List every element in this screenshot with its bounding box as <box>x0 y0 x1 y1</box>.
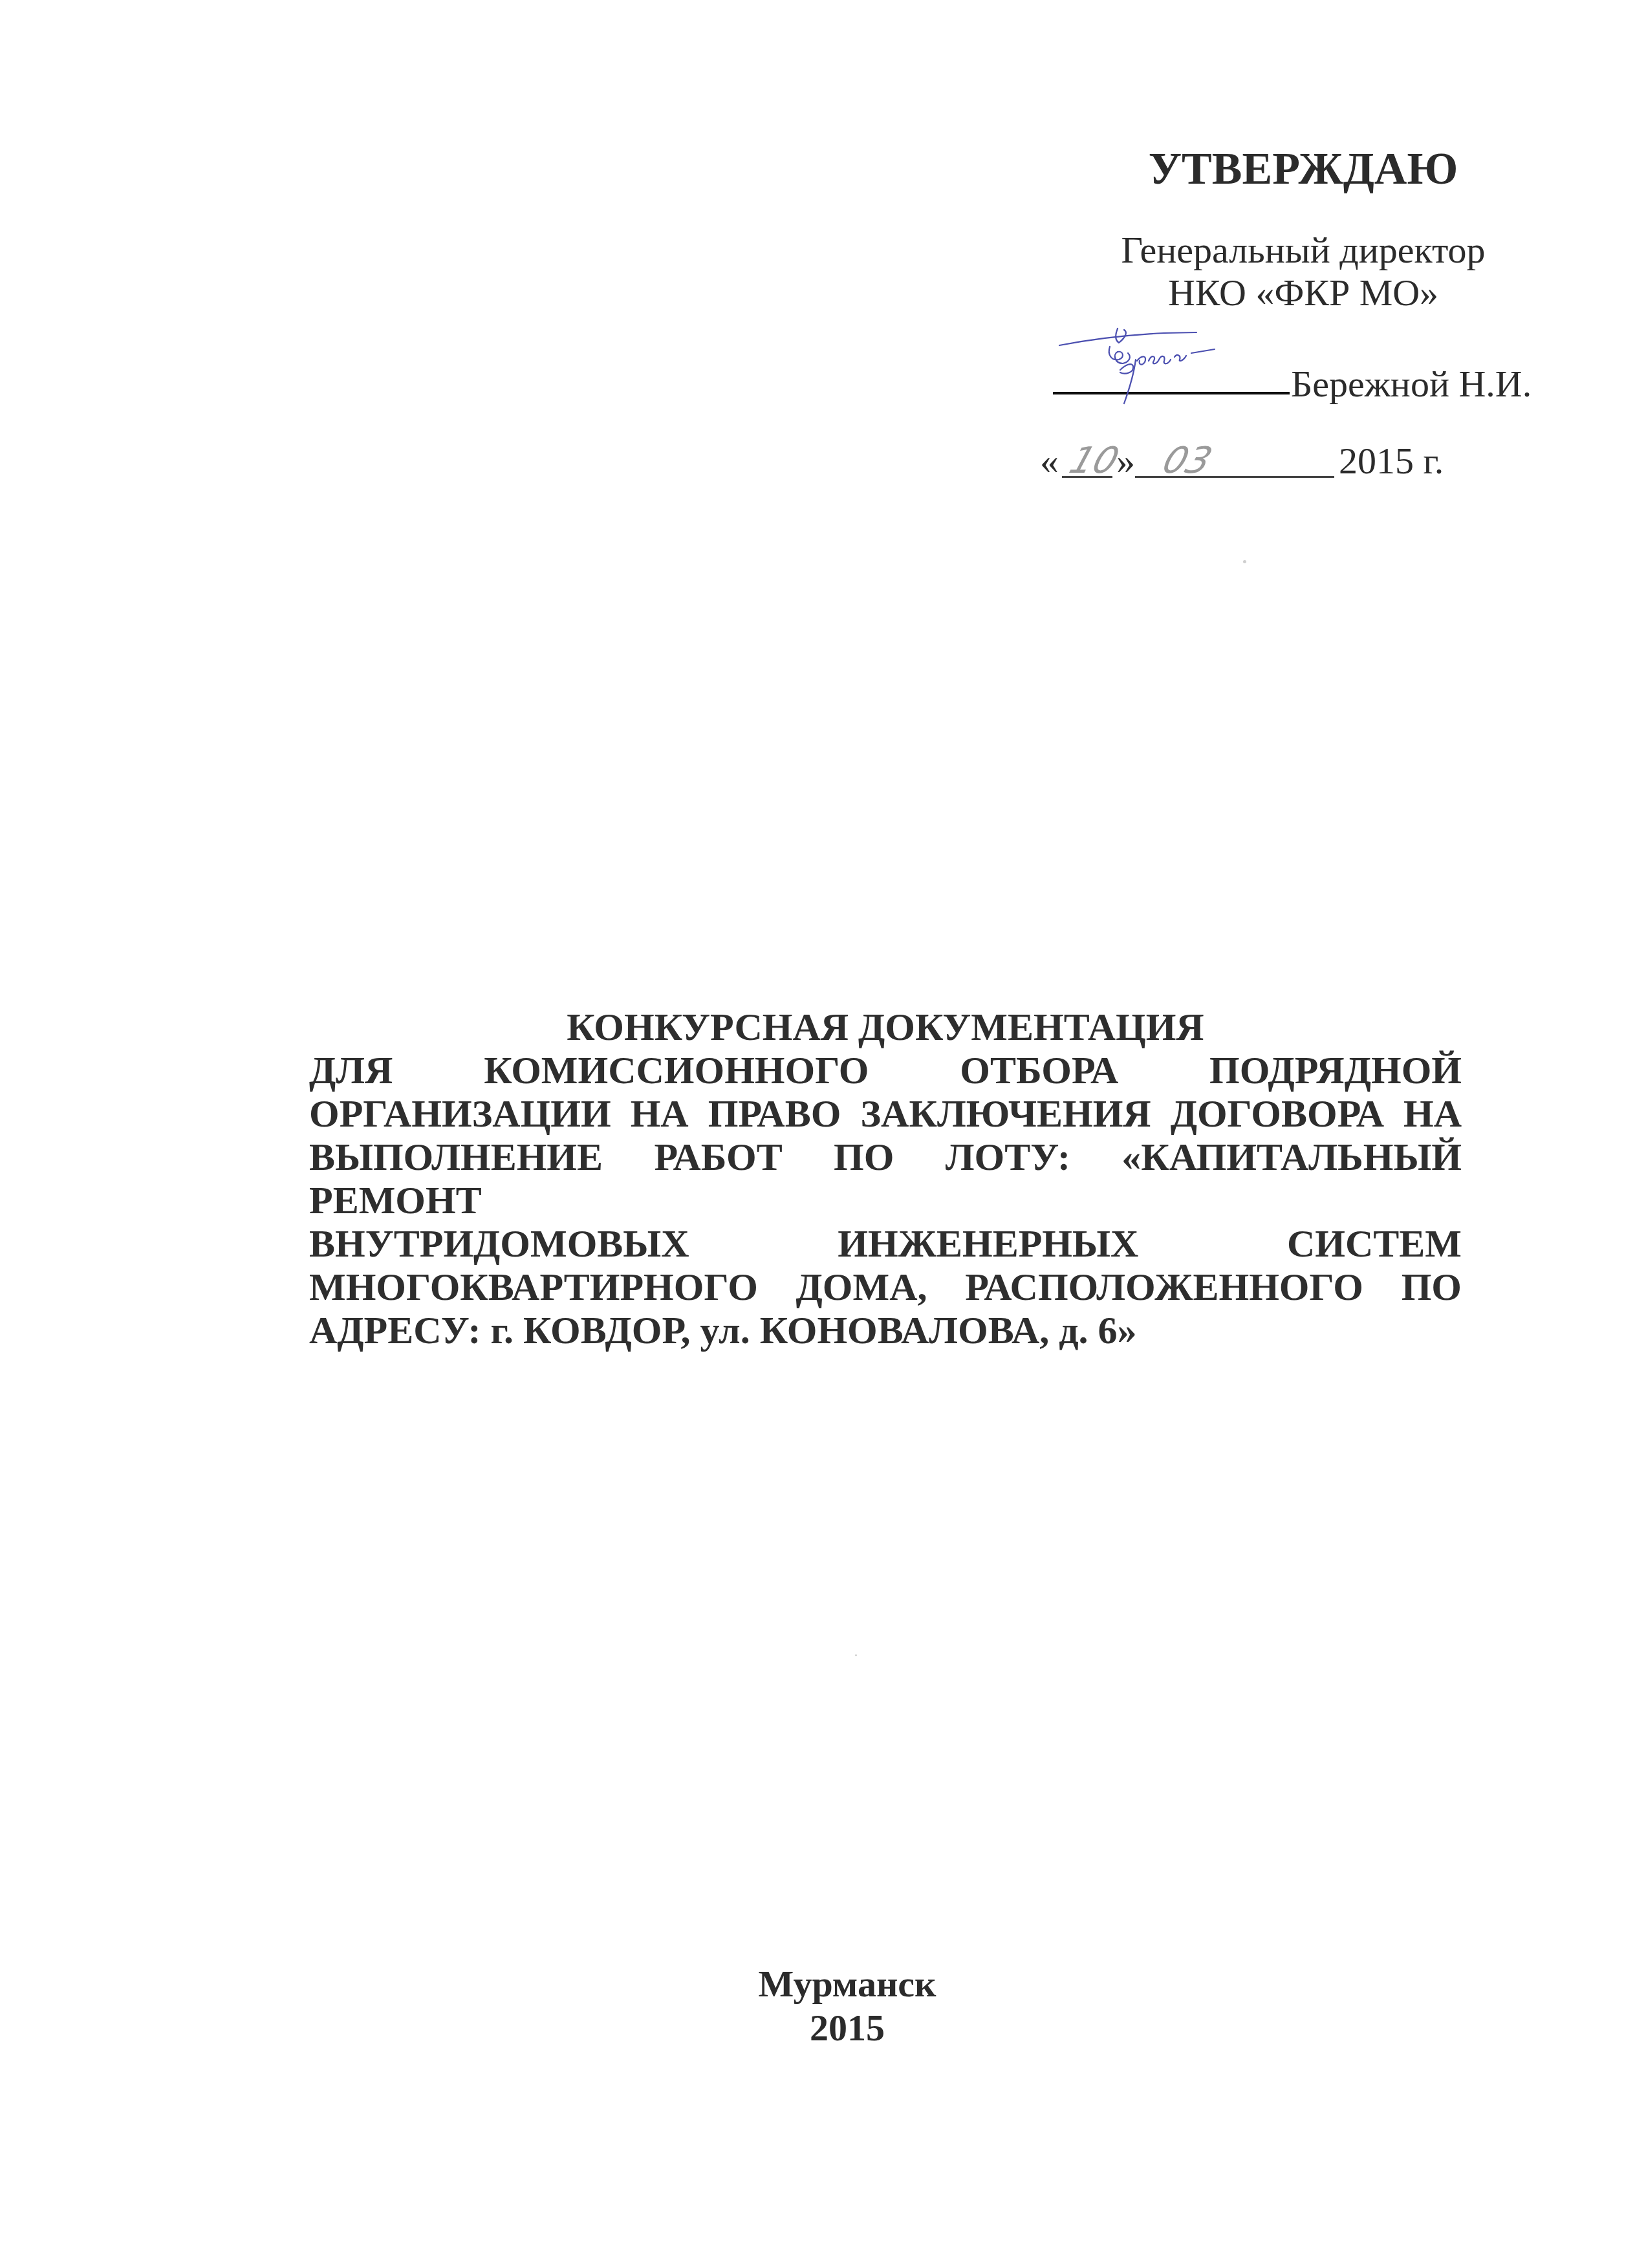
footer-city: Мурманск <box>686 1962 1009 2006</box>
approval-heading: УТВЕРЖДАЮ <box>1099 144 1507 195</box>
footer-year: 2015 <box>686 2006 1009 2050</box>
title-line: ВНУТРИДОМОВЫХ ИНЖЕНЕРНЫХ СИСТЕМ <box>309 1222 1462 1266</box>
date-open-quote: « <box>1040 440 1059 482</box>
signer-position: Генеральный директор <box>1074 229 1533 272</box>
handwritten-day: 10 <box>1064 440 1124 482</box>
date-year: 2015 г. <box>1339 440 1444 482</box>
scan-speck <box>855 1654 857 1656</box>
title-line: ОРГАНИЗАЦИИ НА ПРАВО ЗАКЛЮЧЕНИЯ ДОГОВОРА… <box>309 1092 1462 1136</box>
document-title: КОНКУРСНАЯ ДОКУМЕНТАЦИЯ ДЛЯ КОМИССИОННОГ… <box>309 1006 1462 1352</box>
title-line: АДРЕСУ: г. КОВДОР, ул. КОНОВАЛОВА, д. 6» <box>309 1309 1462 1352</box>
handwritten-signature <box>1048 323 1294 414</box>
signer-name: Бережной Н.И. <box>1291 363 1532 405</box>
title-line: ДЛЯ КОМИССИОННОГО ОТБОРА ПОДРЯДНОЙ <box>309 1049 1462 1092</box>
signer-organization: НКО «ФКР МО» <box>1074 272 1533 314</box>
scan-speck <box>1243 560 1246 563</box>
title-line: КОНКУРСНАЯ ДОКУМЕНТАЦИЯ <box>309 1006 1462 1049</box>
title-line: МНОГОКВАРТИРНОГО ДОМА, РАСПОЛОЖЕННОГО ПО <box>309 1266 1462 1309</box>
title-line: ВЫПОЛНЕНИЕ РАБОТ ПО ЛОТУ: «КАПИТАЛЬНЫЙ Р… <box>309 1136 1462 1222</box>
date-close-quote: » <box>1116 440 1135 482</box>
